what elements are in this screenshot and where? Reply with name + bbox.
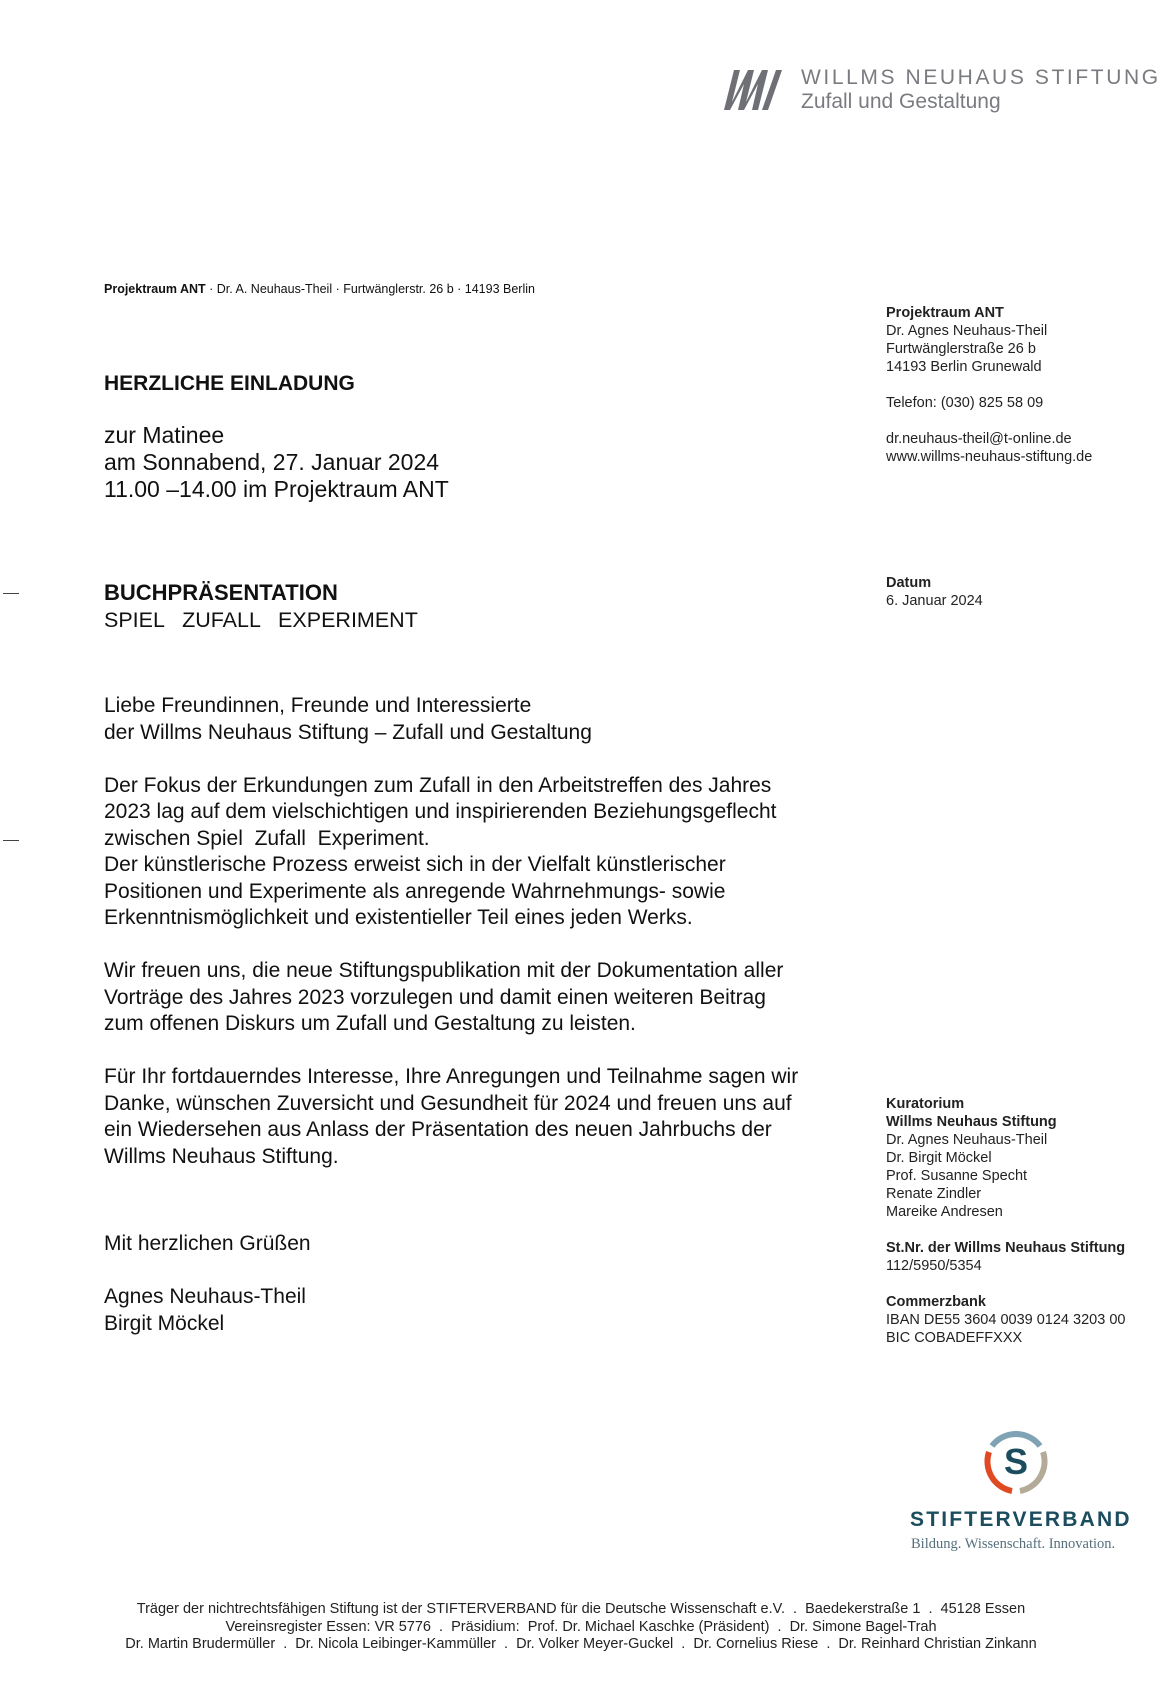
svg-text:S: S	[1004, 1441, 1028, 1482]
text-line: Für Ihr fortdauerndes Interesse, Ihre An…	[104, 1064, 864, 1091]
board-member: Dr. Agnes Neuhaus-Theil	[886, 1131, 1125, 1149]
board-subtitle: Willms Neuhaus Stiftung	[886, 1113, 1125, 1131]
text-line: Wir freuen uns, die neue Stiftungspublik…	[104, 958, 864, 985]
signature-name: Agnes Neuhaus-Theil	[104, 1284, 311, 1311]
board-member: Mareike Andresen	[886, 1203, 1125, 1221]
sender-line: Projektraum ANT · Dr. A. Neuhaus-Theil ·…	[104, 282, 535, 296]
stifterverband-tagline: Bildung. Wissenschaft. Innovation.	[911, 1536, 1115, 1553]
text-line: Erkenntnismöglichkeit und existentieller…	[104, 905, 864, 932]
date-block: Datum 6. Januar 2024	[886, 574, 983, 610]
invitation-line: 11.00 –14.00 im Projektraum ANT	[104, 476, 449, 503]
bank-iban: IBAN DE55 3604 0039 0124 3203 00	[886, 1311, 1125, 1329]
contact-website[interactable]: www.willms-neuhaus-stiftung.de	[886, 448, 1092, 466]
wn-monogram-icon	[718, 66, 790, 114]
board-member: Prof. Susanne Specht	[886, 1167, 1125, 1185]
footer-line: Dr. Martin Brudermüller . Dr. Nicola Lei…	[0, 1636, 1162, 1654]
text-line: Danke, wünschen Zuversicht und Gesundhei…	[104, 1091, 864, 1118]
text-line: zwischen Spiel Zufall Experiment.	[104, 826, 864, 853]
text-line: 2023 lag auf dem vielschichtigen und ins…	[104, 799, 864, 826]
invitation-line: am Sonnabend, 27. Januar 2024	[104, 449, 449, 476]
stifterverband-s-icon: S	[978, 1424, 1054, 1500]
willms-neuhaus-logo: WILLMS NEUHAUS STIFTUNG Zufall und Gesta…	[718, 64, 1138, 120]
closing-phrase: Mit herzlichen Grüßen	[104, 1231, 311, 1258]
foundation-subtitle: Zufall und Gestaltung	[801, 90, 1001, 114]
stifterverband-logo: S STIFTERVERBAND Bildung. Wissenschaft. …	[905, 1424, 1145, 1554]
contact-city: 14193 Berlin Grunewald	[886, 358, 1092, 376]
foundation-name: WILLMS NEUHAUS STIFTUNG	[801, 66, 1161, 90]
text-line: Positionen und Experimente als anregende…	[104, 879, 864, 906]
signature-name: Birgit Möckel	[104, 1311, 311, 1338]
board-member: Dr. Birgit Möckel	[886, 1149, 1125, 1167]
contact-name: Dr. Agnes Neuhaus-Theil	[886, 322, 1092, 340]
text-line: Der künstlerische Prozess erweist sich i…	[104, 852, 864, 879]
letter-body: Liebe Freundinnen, Freunde und Interessi…	[104, 693, 864, 1197]
text-line: Vorträge des Jahres 2023 vorzulegen und …	[104, 985, 864, 1012]
text-line: ein Wiedersehen aus Anlass der Präsentat…	[104, 1117, 864, 1144]
footer-line: Träger der nichtrechtsfähigen Stiftung i…	[0, 1601, 1162, 1619]
paragraph-2: Wir freuen uns, die neue Stiftungspublik…	[104, 958, 864, 1038]
paragraph-3: Für Ihr fortdauerndes Interesse, Ihre An…	[104, 1064, 864, 1170]
tax-label: St.Nr. der Willms Neuhaus Stiftung	[886, 1239, 1125, 1257]
contact-email[interactable]: dr.neuhaus-theil@t-online.de	[886, 430, 1092, 448]
invitation-title: HERZLICHE EINLADUNG	[104, 372, 355, 396]
text-line: Willms Neuhaus Stiftung.	[104, 1144, 864, 1171]
tax-number: 112/5950/5354	[886, 1257, 1125, 1275]
footer-line: Vereinsregister Essen: VR 5776 . Präsidi…	[0, 1619, 1162, 1637]
contact-street: Furtwänglerstraße 26 b	[886, 340, 1092, 358]
fold-mark	[3, 593, 19, 594]
fold-mark	[3, 840, 19, 841]
text-line: Der Fokus der Erkundungen zum Zufall in …	[104, 773, 864, 800]
greeting-line: Liebe Freundinnen, Freunde und Interessi…	[104, 693, 864, 720]
board-member: Renate Zindler	[886, 1185, 1125, 1203]
bank-bic: BIC COBADEFFXXX	[886, 1329, 1125, 1347]
date-label: Datum	[886, 574, 983, 592]
closing-block: Mit herzlichen Grüßen Agnes Neuhaus-Thei…	[104, 1231, 311, 1337]
board-title: Kuratorium	[886, 1095, 1125, 1113]
invitation-line: zur Matinee	[104, 422, 449, 449]
book-subtitle: SPIEL ZUFALL EXPERIMENT	[104, 608, 418, 633]
bank-name: Commerzbank	[886, 1293, 1125, 1311]
invitation-details: zur Matinee am Sonnabend, 27. Januar 202…	[104, 422, 449, 503]
book-title: BUCHPRÄSENTATION	[104, 580, 338, 606]
sender-org: Projektraum ANT	[104, 282, 206, 296]
text-line: zum offenen Diskurs um Zufall und Gestal…	[104, 1011, 864, 1038]
greeting: Liebe Freundinnen, Freunde und Interessi…	[104, 693, 864, 746]
greeting-line: der Willms Neuhaus Stiftung – Zufall und…	[104, 720, 864, 747]
board-block: Kuratorium Willms Neuhaus Stiftung Dr. A…	[886, 1095, 1125, 1347]
contact-phone: Telefon: (030) 825 58 09	[886, 394, 1092, 412]
stifterverband-name: STIFTERVERBAND	[910, 1508, 1132, 1532]
paragraph-1: Der Fokus der Erkundungen zum Zufall in …	[104, 773, 864, 932]
contact-org: Projektraum ANT	[886, 304, 1092, 322]
contact-block: Projektraum ANT Dr. Agnes Neuhaus-Theil …	[886, 304, 1092, 466]
sender-address: · Dr. A. Neuhaus-Theil · Furtwänglerstr.…	[206, 282, 535, 296]
legal-footer: Träger der nichtrechtsfähigen Stiftung i…	[0, 1601, 1162, 1654]
date-value: 6. Januar 2024	[886, 592, 983, 610]
